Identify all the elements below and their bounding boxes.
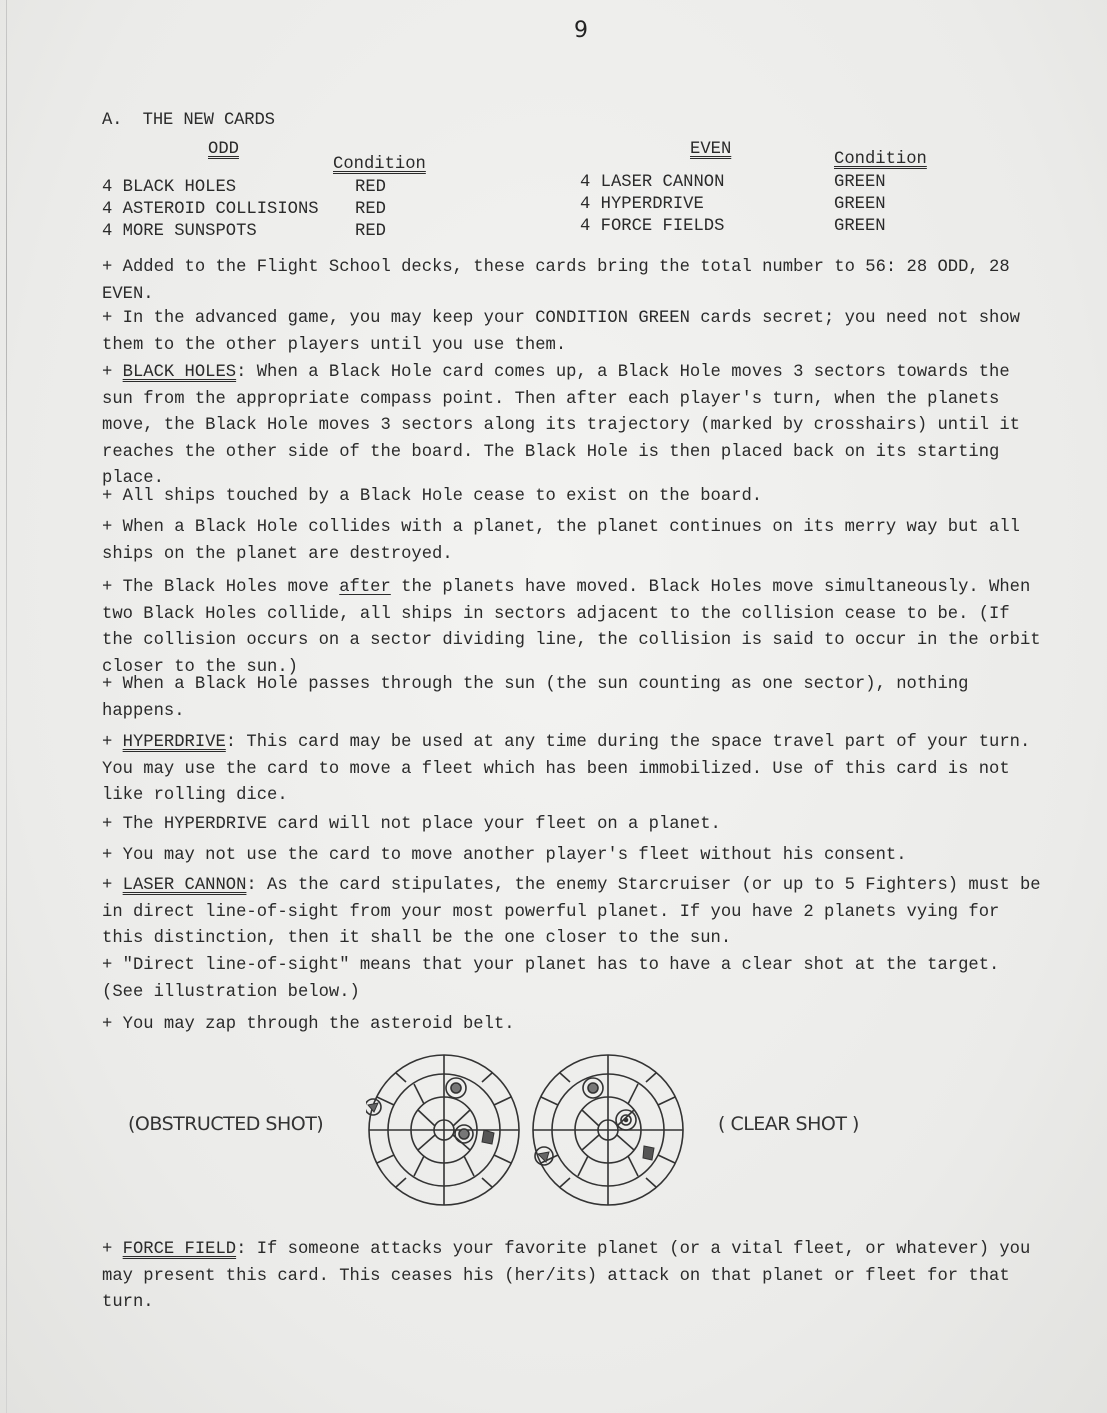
card-label: 4 MORE SUNSPOTS — [102, 221, 257, 243]
paragraph-text: + The Black Holes move — [102, 578, 339, 597]
paragraph-sun-pass: + When a Black Hole passes through the s… — [102, 672, 1042, 725]
obstructed-shot-label: (OBSTRUCTED SHOT) — [128, 1113, 323, 1135]
card-label: 4 FORCE FIELDS — [580, 216, 724, 238]
paragraph-text: + In the advanced game, you may keep you… — [102, 306, 1042, 359]
card-label: 4 LASER CANNON — [580, 172, 724, 194]
paragraph-hyperdrive-consent: + You may not use the card to move anoth… — [102, 843, 1042, 870]
term-hyperdrive: HYPERDRIVE — [123, 733, 226, 752]
paragraph-planet-collision: + When a Black Hole collides with a plan… — [102, 515, 1042, 568]
document-page: 9 A. THE NEW CARDS ODD Condition 4 BLACK… — [0, 0, 1107, 1413]
card-condition: GREEN — [834, 194, 886, 216]
paragraph-text: : This card may be used at any time duri… — [102, 733, 1030, 805]
obstructed-shot-diagram — [366, 1052, 522, 1208]
paragraph-text: + "Direct line-of-sight" means that your… — [102, 953, 1042, 1006]
card-condition: RED — [355, 177, 386, 199]
paragraph-text: + When a Black Hole passes through the s… — [102, 672, 1042, 725]
term-black-holes: BLACK HOLES — [123, 363, 236, 382]
page-edge — [6, 0, 7, 1413]
paragraph-text: + The HYPERDRIVE card will not place you… — [102, 812, 1042, 839]
odd-header: ODD — [208, 140, 239, 159]
card-condition: GREEN — [834, 216, 886, 238]
paragraph-text: + You may zap through the asteroid belt. — [102, 1012, 1042, 1039]
paragraph-hyperdrive: + HYPERDRIVE: This card may be used at a… — [102, 730, 1042, 810]
even-header: EVEN — [690, 140, 731, 159]
paragraph-line-of-sight: + "Direct line-of-sight" means that your… — [102, 953, 1042, 1006]
card-condition: RED — [355, 199, 386, 221]
paragraph-text: : When a Black Hole card comes up, a Bla… — [102, 363, 1020, 488]
clear-shot-diagram — [530, 1052, 686, 1208]
card-condition: GREEN — [834, 172, 886, 194]
term-laser-cannon: LASER CANNON — [123, 876, 247, 895]
paragraph-force-field: + FORCE FIELD: If someone attacks your f… — [102, 1237, 1042, 1317]
odd-condition-header: Condition — [333, 155, 426, 174]
paragraph-text: : If someone attacks your favorite plane… — [102, 1240, 1030, 1312]
paragraph-text: + Added to the Flight School decks, thes… — [102, 255, 1042, 308]
paragraph-ships-touched: + All ships touched by a Black Hole ceas… — [102, 484, 1042, 511]
clear-shot-label: ( CLEAR SHOT ) — [718, 1113, 859, 1135]
emphasis-after: after — [339, 578, 391, 597]
page-number: 9 — [574, 18, 588, 43]
term-force-field: FORCE FIELD — [123, 1240, 236, 1259]
paragraph-black-hole-movement: + The Black Holes move after the planets… — [102, 575, 1042, 681]
paragraph-asteroid-belt: + You may zap through the asteroid belt. — [102, 1012, 1042, 1039]
card-condition: RED — [355, 221, 386, 243]
paragraph-black-holes: + BLACK HOLES: When a Black Hole card co… — [102, 360, 1042, 493]
section-title: A. THE NEW CARDS — [102, 108, 275, 134]
even-condition-header: Condition — [834, 150, 927, 169]
paragraph-text: + When a Black Hole collides with a plan… — [102, 515, 1042, 568]
paragraph-laser-cannon: + LASER CANNON: As the card stipulates, … — [102, 873, 1042, 953]
paragraph-text: + All ships touched by a Black Hole ceas… — [102, 484, 1042, 511]
paragraph-secret-cards: + In the advanced game, you may keep you… — [102, 306, 1042, 359]
paragraph-hyperdrive-planet: + The HYPERDRIVE card will not place you… — [102, 812, 1042, 839]
paragraph-text: + You may not use the card to move anoth… — [102, 843, 1042, 870]
card-label: 4 BLACK HOLES — [102, 177, 236, 199]
card-label: 4 HYPERDRIVE — [580, 194, 704, 216]
paragraph-deck-total: + Added to the Flight School decks, thes… — [102, 255, 1042, 308]
card-label: 4 ASTEROID COLLISIONS — [102, 199, 319, 221]
